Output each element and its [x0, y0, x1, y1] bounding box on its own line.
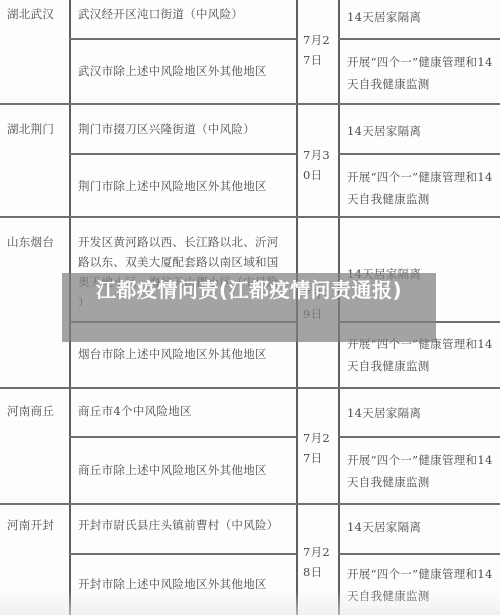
- subrow-divider: [69, 436, 297, 438]
- region-cell: 山东烟台: [7, 233, 54, 252]
- area-cell: 商丘市4个中风险地区: [78, 402, 192, 421]
- subrow-divider: [338, 553, 500, 555]
- area-cell: 武汉市除上述中风险地区外其他地区: [78, 62, 267, 81]
- region-cell: 湖北武汉: [7, 5, 54, 24]
- measure-cell: 14天居家隔离: [347, 6, 497, 28]
- subrow-divider: [338, 38, 500, 40]
- measure-cell: 开展“四个一”健康管理和14天自我健康监测: [347, 51, 497, 95]
- area-cell-line: 路以东、双美大厦配套路以南区域和国: [78, 253, 279, 272]
- subrow-divider: [69, 38, 297, 40]
- date-cell: 7月27日: [303, 428, 337, 468]
- area-cell: 开封市尉氏县庄头镇前曹村（中风险）: [78, 516, 279, 535]
- bottom-fade: [0, 590, 500, 615]
- measure-cell: 14天居家隔离: [347, 516, 497, 538]
- row-divider: [0, 103, 500, 105]
- subrow-divider: [338, 436, 500, 438]
- measure-cell: 开展“四个一”健康管理和14天自我健康监测: [347, 166, 497, 210]
- region-cell: 河南开封: [7, 516, 54, 535]
- area-cell: 荆门市掇刀区兴隆街道（中风险）: [78, 120, 255, 139]
- row-divider: [0, 387, 500, 389]
- measure-cell: 14天居家隔离: [347, 120, 497, 142]
- row-divider: [0, 216, 500, 218]
- row-divider: [0, 503, 500, 505]
- title-banner-text: 江都疫情问责(江都疫情问责通报): [62, 274, 436, 306]
- area-cell: 荆门市除上述中风险地区外其他地区: [78, 177, 267, 196]
- area-cell-line: 开发区黄河路以西、长江路以北、沂河: [78, 233, 279, 252]
- measure-cell: 14天居家隔离: [347, 402, 497, 424]
- subrow-divider: [69, 553, 297, 555]
- region-cell: 河南商丘: [7, 402, 54, 421]
- area-cell: 烟台市除上述中风险地区外其他地区: [78, 345, 267, 364]
- region-cell: 湖北荆门: [7, 120, 54, 139]
- measure-cell: 开展“四个一”健康管理和14天自我健康监测: [347, 449, 497, 493]
- area-cell: 商丘市除上述中风险地区外其他地区: [78, 461, 267, 480]
- date-cell: 7月30日: [303, 145, 337, 185]
- date-cell: 7月28日: [303, 542, 337, 582]
- subrow-divider: [69, 153, 297, 155]
- area-cell: 武汉经开区沌口街道（中风险）: [78, 5, 243, 24]
- date-cell: 7月27日: [303, 30, 337, 70]
- subrow-divider: [338, 153, 500, 155]
